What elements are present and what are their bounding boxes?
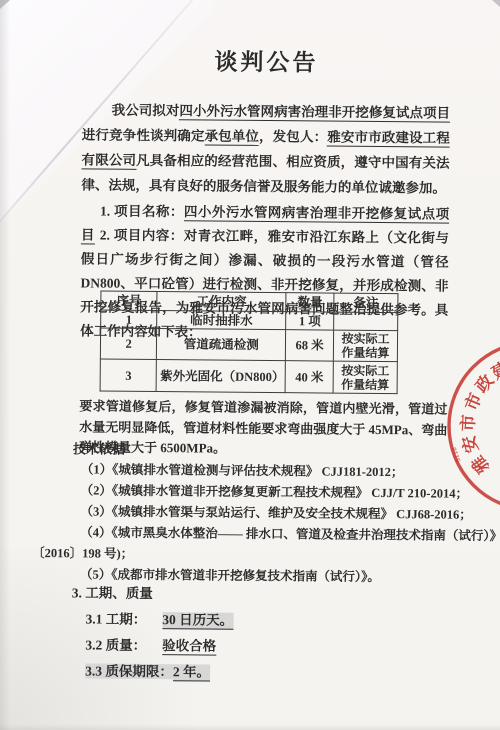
document-title: 谈判公告 [82, 42, 450, 78]
list-item: （4）《城市黑臭水体整治—— 排水口、管道及检查井治理技术指南（试行）》(建城函 [78, 522, 446, 545]
scanned-document-page: 谈判公告 我公司拟对四小外污水管网病害治理非开挖修复试点项目进行竞争性谈判确定承… [0, 0, 500, 730]
cell-note: 按实际工作量结算 [333, 330, 397, 362]
seal-char: 雅 [467, 451, 494, 477]
scan-corner-artifact-top-right [492, 0, 500, 7]
document-content: 谈判公告 我公司拟对四小外污水管网病害治理非开挖修复试点项目进行竞争性谈判确定承… [77, 0, 451, 730]
table-row: 2 管道疏通检测 68 米 按实际工作量结算 [100, 328, 397, 362]
list-item: （1）《城镇排水管道检测与评估技术规程》 CJJ181-2012； [79, 459, 447, 482]
intro-paragraph: 我公司拟对四小外污水管网病害治理非开挖修复试点项目进行竞争性谈判确定承包单位，发… [81, 97, 450, 200]
header-quantity: 数量 [286, 293, 334, 312]
intro-text-2: 进行竞争性谈判确定 [82, 127, 205, 143]
warranty-value: 2 年。 [173, 664, 210, 681]
table-row: 3 紫外光固化（DN800） 40 米 按实际工作量结算 [100, 359, 397, 394]
cell-note: 按实际工作量结算 [333, 361, 397, 394]
section3-heading: 3. 工期、质量 [72, 581, 440, 604]
warranty-row: 3.3 质保期限：2 年。 [85, 658, 445, 687]
quality-label: 3.2 质量： [85, 637, 146, 653]
section1-label: 1. 项目名称： [100, 203, 184, 219]
cell-qty: 68 米 [285, 330, 333, 361]
cell-seq-no: 2 [100, 328, 157, 359]
section2-label: 2. 项目内容： [100, 227, 184, 243]
header-seq-no: 序号 [101, 291, 158, 310]
cell-task: 紫外光固化（DN800） [156, 360, 285, 393]
header-work-content: 工作内容 [157, 292, 286, 312]
list-item: （2）《城镇排水管道非开挖修复更新工程技术规程》 CJJ/T 210-2014； [79, 480, 447, 503]
intro-text-1: 我公司拟对 [112, 102, 180, 118]
intro-text-4: 凡具备相应的经营范围、相应资质，遵守中国有关法律、法规，具有良好的服务信誉及服务… [81, 152, 449, 195]
cell-task: 管道疏通检测 [157, 329, 286, 361]
table-header-row: 序号 工作内容 数量 备注 [101, 291, 398, 313]
cell-qty: 40 米 [285, 361, 333, 393]
intro-text-3: ，发包人： [259, 128, 327, 144]
duration-label: 3.1 工期： [86, 611, 147, 627]
list-item: （3）《城镇排水管渠与泵站运行、维护及安全技术规程》 CJJ68-2016； [78, 501, 446, 524]
official-seal-stamp: 雅 安 市 市 政 建 5118 [440, 340, 500, 515]
cell-note [334, 312, 398, 331]
tech-basis-list: （1）《城镇排水管道检测与评估技术规程》 CJJ181-2012； （2）《城镇… [78, 459, 447, 588]
cell-task: 临时抽排水 [157, 311, 286, 330]
quality-row: 3.2 质量：验收合格 [85, 632, 445, 661]
quality-value: 验收合格 [162, 638, 216, 655]
tech-basis-heading: 技术依据 [73, 438, 441, 460]
seal-char: 市 [458, 414, 480, 432]
header-remarks: 备注 [334, 293, 398, 313]
cell-seq-no: 1 [101, 310, 158, 328]
cell-seq-no: 3 [100, 359, 157, 391]
contractor-term-underlined: 承包单位 [204, 128, 259, 145]
duration-value: 30 日历天。 [162, 612, 233, 630]
work-items-table: 序号 工作内容 数量 备注 1 临时抽排水 1 项 2 管道疏通检测 68 米 … [100, 291, 399, 395]
section3-items: 3.1 工期：30 日历天。 3.2 质量：验收合格 3.3 质保期限：2 年。 [77, 606, 446, 687]
project-name-underlined: 四小外污水管网病害治理非开挖修复试点项目 [179, 103, 450, 122]
seal-serial-number: 5118 [451, 446, 463, 463]
seal-char: 安 [458, 433, 483, 455]
cell-qty: 1 项 [286, 312, 334, 330]
list-item-continuation: 〔2016〕198 号)； [32, 543, 446, 567]
duration-row: 3.1 工期：30 日历天。 [85, 606, 445, 635]
warranty-label: 3.3 质保期限： [85, 663, 173, 679]
